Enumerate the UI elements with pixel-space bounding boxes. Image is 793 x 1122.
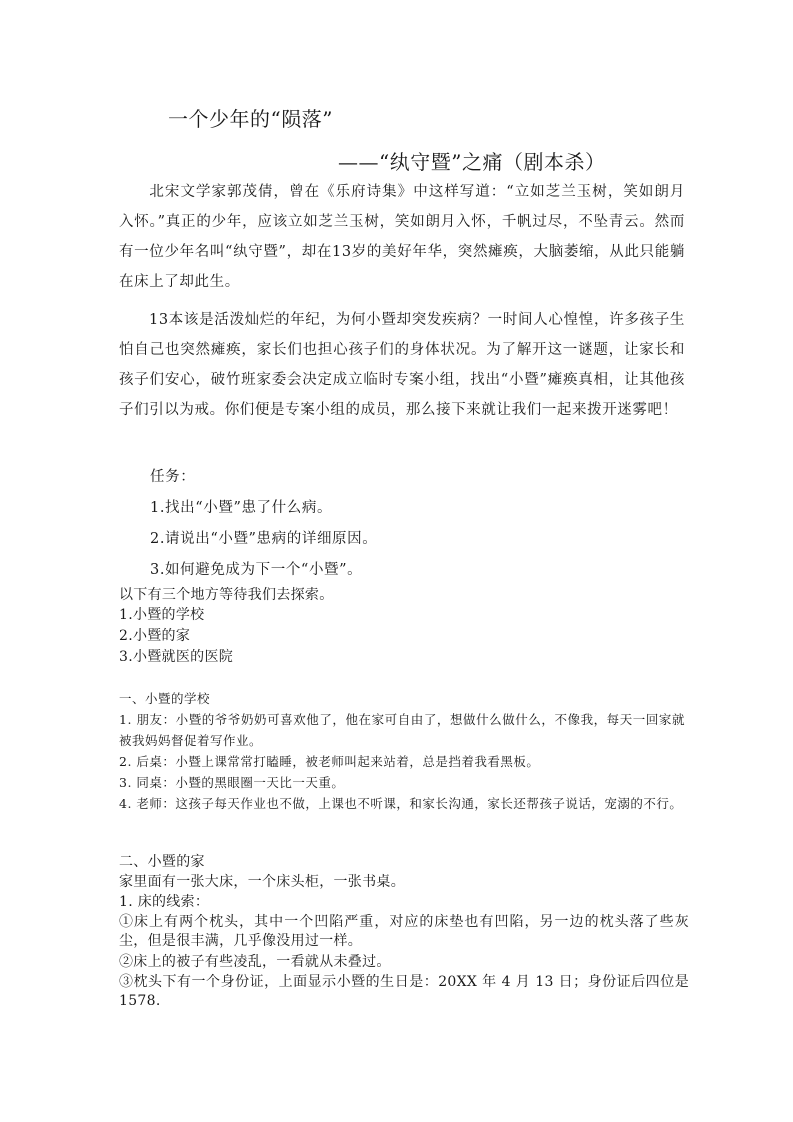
document-title: 一个少年的“陨落” bbox=[168, 103, 333, 132]
task-item: 2.请说出“小暨”患病的详细原因。 bbox=[150, 527, 377, 548]
place-item: 1.小暨的学校 bbox=[119, 606, 689, 625]
section1-item: 2. 后桌：小暨上课常常打瞌睡，被老师叫起来站着，总是挡着我看黑板。 bbox=[119, 751, 685, 772]
intro-paragraph-2-text: 13本该是活泼灿烂的年纪，为何小暨却突发疾病？一时间人心惶惶，许多孩子生怕自己也… bbox=[119, 312, 685, 418]
section1-item: 1. 朋友：小暨的爷爷奶奶可喜欢他了，他在家可自由了，想做什么做什么，不像我，每… bbox=[119, 709, 685, 751]
task-item: 3.如何避免成为下一个“小暨”。 bbox=[150, 558, 362, 579]
section1-item: 3. 同桌：小暨的黑眼圈一天比一天重。 bbox=[119, 772, 685, 793]
intro-paragraph-1: 北宋文学家郭茂倩，曾在《乐府诗集》中这样写道：“立如芝兰玉树，笑如朗月入怀。”真… bbox=[119, 177, 685, 297]
intro-paragraph-1-text: 北宋文学家郭茂倩，曾在《乐府诗集》中这样写道：“立如芝兰玉树，笑如朗月入怀。”真… bbox=[119, 184, 685, 290]
task-item: 1.找出“小暨”患了什么病。 bbox=[150, 496, 332, 517]
section2-clue: ②床上的被子有些凌乱，一看就从未叠过。 bbox=[119, 953, 689, 972]
document-page: 一个少年的“陨落” ——“纨守暨”之痛（剧本杀） 北宋文学家郭茂倩，曾在《乐府诗… bbox=[0, 0, 793, 1122]
section1-item: 4. 老师：这孩子每天作业也不做，上课也不听课，和家长沟通，家长还帮孩子说话，宠… bbox=[119, 793, 685, 814]
section1-heading: 一、小暨的学校 bbox=[119, 688, 685, 709]
places-intro: 以下有三个地方等待我们去探索。 bbox=[119, 586, 689, 605]
intro-paragraph-2: 13本该是活泼灿烂的年纪，为何小暨却突发疾病？一时间人心惶惶，许多孩子生怕自己也… bbox=[119, 305, 685, 425]
tasks-label: 任务： bbox=[150, 465, 195, 486]
section2-clue: ③枕头下有一个身份证，上面显示小暨的生日是：20XX 年 4 月 13 日；身份… bbox=[119, 973, 689, 1011]
place-item: 3.小暨就医的医院 bbox=[119, 648, 689, 667]
section2-clue-title: 1. 床的线索： bbox=[119, 893, 689, 912]
document-subtitle: ——“纨守暨”之痛（剧本杀） bbox=[338, 146, 605, 175]
section2-heading: 二、小暨的家 bbox=[119, 853, 689, 872]
section2-intro: 家里面有一张大床，一个床头柜，一张书桌。 bbox=[119, 873, 689, 892]
place-item: 2.小暨的家 bbox=[119, 627, 689, 646]
section2-clue: ①床上有两个枕头，其中一个凹陷严重，对应的床垫也有凹陷，另一边的枕头落了些灰尘，… bbox=[119, 913, 689, 951]
